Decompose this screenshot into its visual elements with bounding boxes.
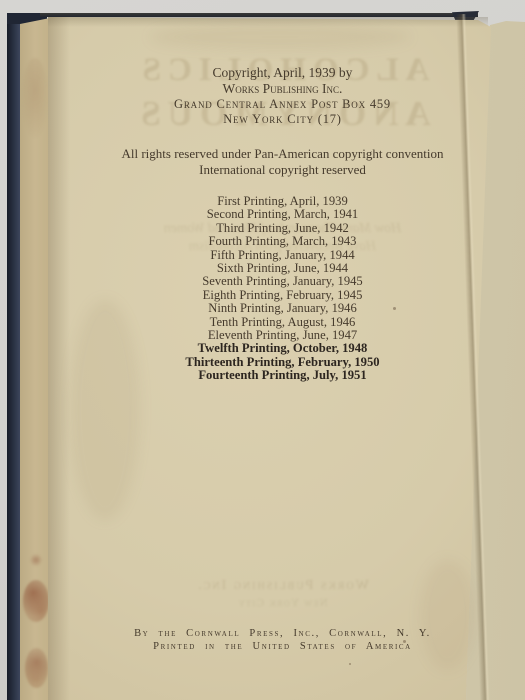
printing-entry: Thirteenth Printing, February, 1950 (60, 356, 505, 369)
foxing-stain (23, 580, 49, 622)
ghost-publisher-line: Works Publishing Inc. (60, 578, 505, 594)
foxing-stain (25, 648, 48, 688)
publisher-line: Works Publishing Inc. (60, 81, 505, 97)
foxing-stain (22, 58, 48, 138)
address-line1: Grand Central Annex Post Box 459 (60, 97, 505, 112)
printing-entry: First Printing, April, 1939 (60, 195, 505, 208)
printer-line1: By the Cornwall Press, Inc., Cornwall, N… (60, 628, 505, 639)
book-photo: { "photo": { "subject": "Photograph of t… (0, 0, 525, 700)
ghost-city-line: New York City (60, 597, 505, 609)
address-line2: New York City (17) (60, 112, 505, 127)
rights-line1: All rights reserved under Pan-American c… (60, 146, 505, 162)
printing-entry: Eleventh Printing, June, 1947 (60, 329, 505, 342)
printing-history-list: First Printing, April, 1939 Second Print… (60, 195, 505, 383)
printing-entry: Tenth Printing, August, 1946 (60, 316, 505, 329)
printing-entry: Fourteenth Printing, July, 1951 (60, 369, 505, 382)
printing-entry: Twelfth Printing, October, 1948 (60, 342, 505, 355)
printing-entry: Ninth Printing, January, 1946 (60, 302, 505, 315)
printing-entry: Eighth Printing, February, 1945 (60, 289, 505, 302)
copyright-line: Copyright, April, 1939 by (60, 65, 505, 81)
book-cover-left-edge (7, 13, 20, 700)
printing-entry: Sixth Printing, June, 1944 (60, 262, 505, 275)
printing-entry: Fourth Printing, March, 1943 (60, 235, 505, 248)
printing-entry: Second Printing, March, 1941 (60, 208, 505, 221)
printing-entry: Seventh Printing, January, 1945 (60, 275, 505, 288)
printing-entry: Fifth Printing, January, 1944 (60, 249, 505, 262)
foxing-stain (30, 553, 42, 567)
printing-entry: Third Printing, June, 1942 (60, 222, 505, 235)
rights-line2: International copyright reserved (60, 162, 505, 178)
printer-line2: Printed in the United States of America (60, 641, 505, 652)
page-text: ALCOHOLICS ANONYMOUS How Many Thousands … (60, 0, 505, 700)
